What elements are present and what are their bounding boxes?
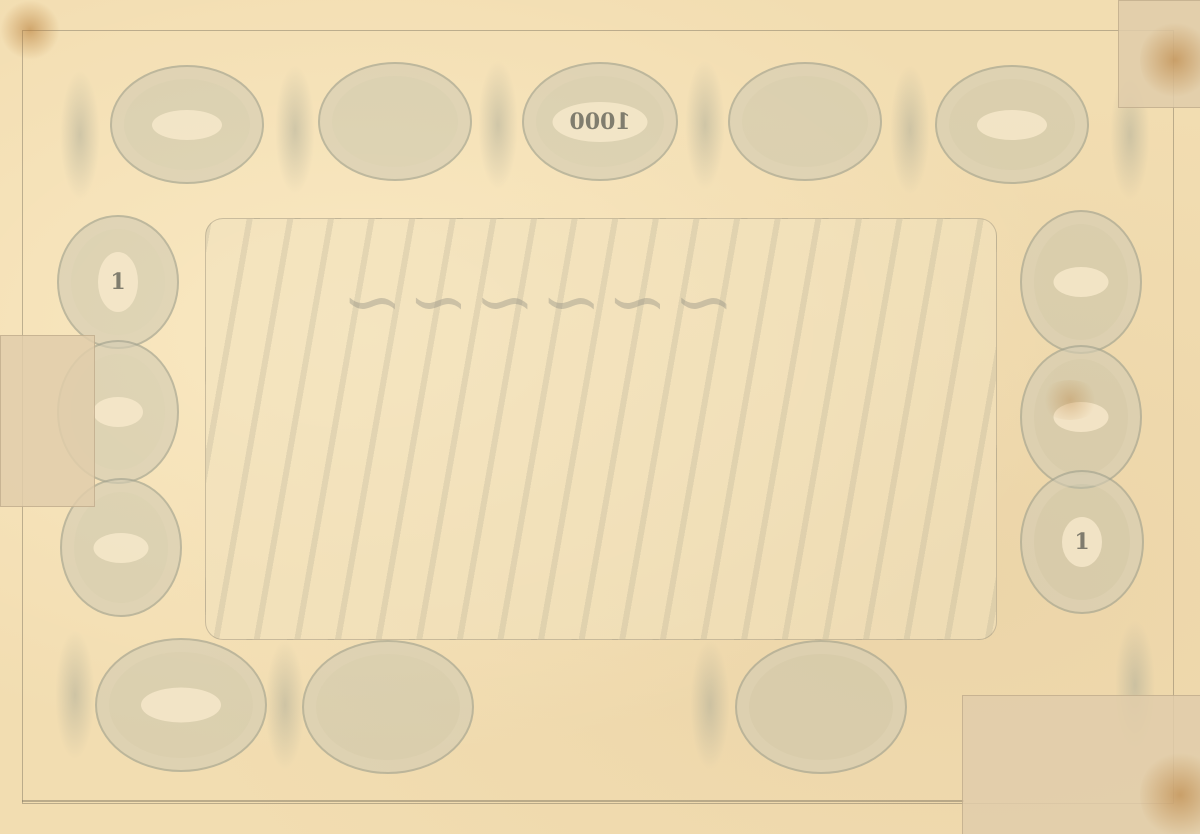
ornament-leaf bbox=[685, 60, 725, 190]
stain bbox=[1040, 380, 1100, 420]
denomination-text: 1000 bbox=[569, 109, 630, 135]
top-oval-2 bbox=[318, 62, 472, 181]
ornament-leaf bbox=[478, 60, 518, 190]
left-oval-1: 1 bbox=[57, 215, 179, 349]
top-oval-center: 1000 bbox=[522, 62, 678, 181]
ornament-leaf bbox=[890, 65, 930, 195]
ornament-leaf bbox=[265, 640, 305, 770]
ornament-leaf bbox=[55, 630, 95, 760]
bottom-oval-3 bbox=[735, 640, 907, 774]
top-oval-5 bbox=[935, 65, 1089, 184]
top-oval-1 bbox=[110, 65, 264, 184]
bottom-oval-1 bbox=[95, 638, 267, 772]
top-oval-4 bbox=[728, 62, 882, 181]
center-panel: ~~~~~~ bbox=[205, 218, 997, 640]
ornament-leaf bbox=[60, 70, 100, 200]
right-oval-3: 1 bbox=[1020, 470, 1144, 614]
banknote-reverse: 1000 1 1 ~~~~~~ bbox=[0, 0, 1200, 834]
tape-left bbox=[0, 335, 95, 507]
bottom-oval-2 bbox=[302, 640, 474, 774]
ornament-leaf bbox=[690, 640, 730, 770]
bottom-rule bbox=[22, 800, 964, 802]
ornament-leaf bbox=[275, 65, 315, 195]
show-through-script: ~~~~~~ bbox=[336, 259, 734, 343]
right-oval-1 bbox=[1020, 210, 1142, 354]
stain bbox=[0, 0, 60, 60]
